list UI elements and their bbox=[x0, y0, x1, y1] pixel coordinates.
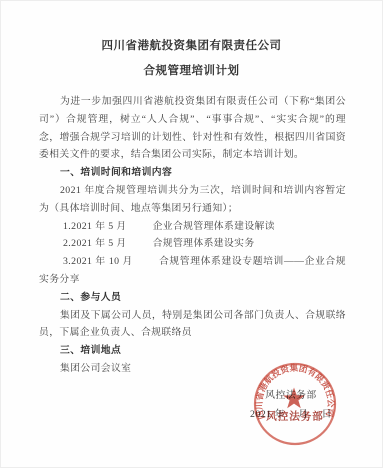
training-item-date: 2.2021 年 5 月 bbox=[63, 238, 127, 249]
document-page: 四川省港航投资集团有限责任公司 合规管理培训计划 为进一步加强四川省港航投资集团… bbox=[0, 0, 383, 468]
training-item-date: 3.2021 年 10 月 bbox=[63, 256, 133, 267]
document-body: 为进一步加强四川省港航投资集团有限责任公司（下称“集团公司”）合规管理，树立“人… bbox=[1, 93, 382, 378]
stamp-star-icon bbox=[283, 388, 305, 409]
section1-lead: 2021 年度合规管理培训共分为三次，培训时间和培训内容暂定为（具体培训时间、地… bbox=[39, 182, 346, 218]
section2-body: 集团及下属公司人员，特别是集团公司各部门负责人、合规联络员，下属企业负责人、合规… bbox=[39, 307, 346, 343]
company-seal-stamp-icon: 四川省港航投资集团有限责任公司 风控法务部 bbox=[248, 358, 342, 452]
intro-paragraph: 为进一步加强四川省港航投资集团有限责任公司（下称“集团公司”）合规管理，树立“人… bbox=[39, 93, 346, 164]
training-item-topic: 合规管理体系建设实务 bbox=[153, 238, 255, 249]
training-item-date: 1.2021 年 5 月 bbox=[63, 221, 127, 232]
document-title: 四川省港航投资集团有限责任公司 bbox=[1, 38, 382, 54]
section2-heading: 二、参与人员 bbox=[39, 289, 346, 307]
training-item: 3.2021 年 10 月合规管理体系建设专题培训——企业合规实务分享 bbox=[39, 253, 346, 289]
section1-heading: 一、培训时间和培训内容 bbox=[39, 164, 346, 182]
training-item-topic: 企业合规管理体系建设解读 bbox=[153, 221, 275, 232]
training-item: 1.2021 年 5 月企业合规管理体系建设解读 bbox=[39, 218, 346, 236]
document-subtitle: 合规管理培训计划 bbox=[1, 63, 382, 79]
stamp-department-text: 风控法务部 bbox=[266, 410, 324, 423]
training-item: 2.2021 年 5 月合规管理体系建设实务 bbox=[39, 235, 346, 253]
